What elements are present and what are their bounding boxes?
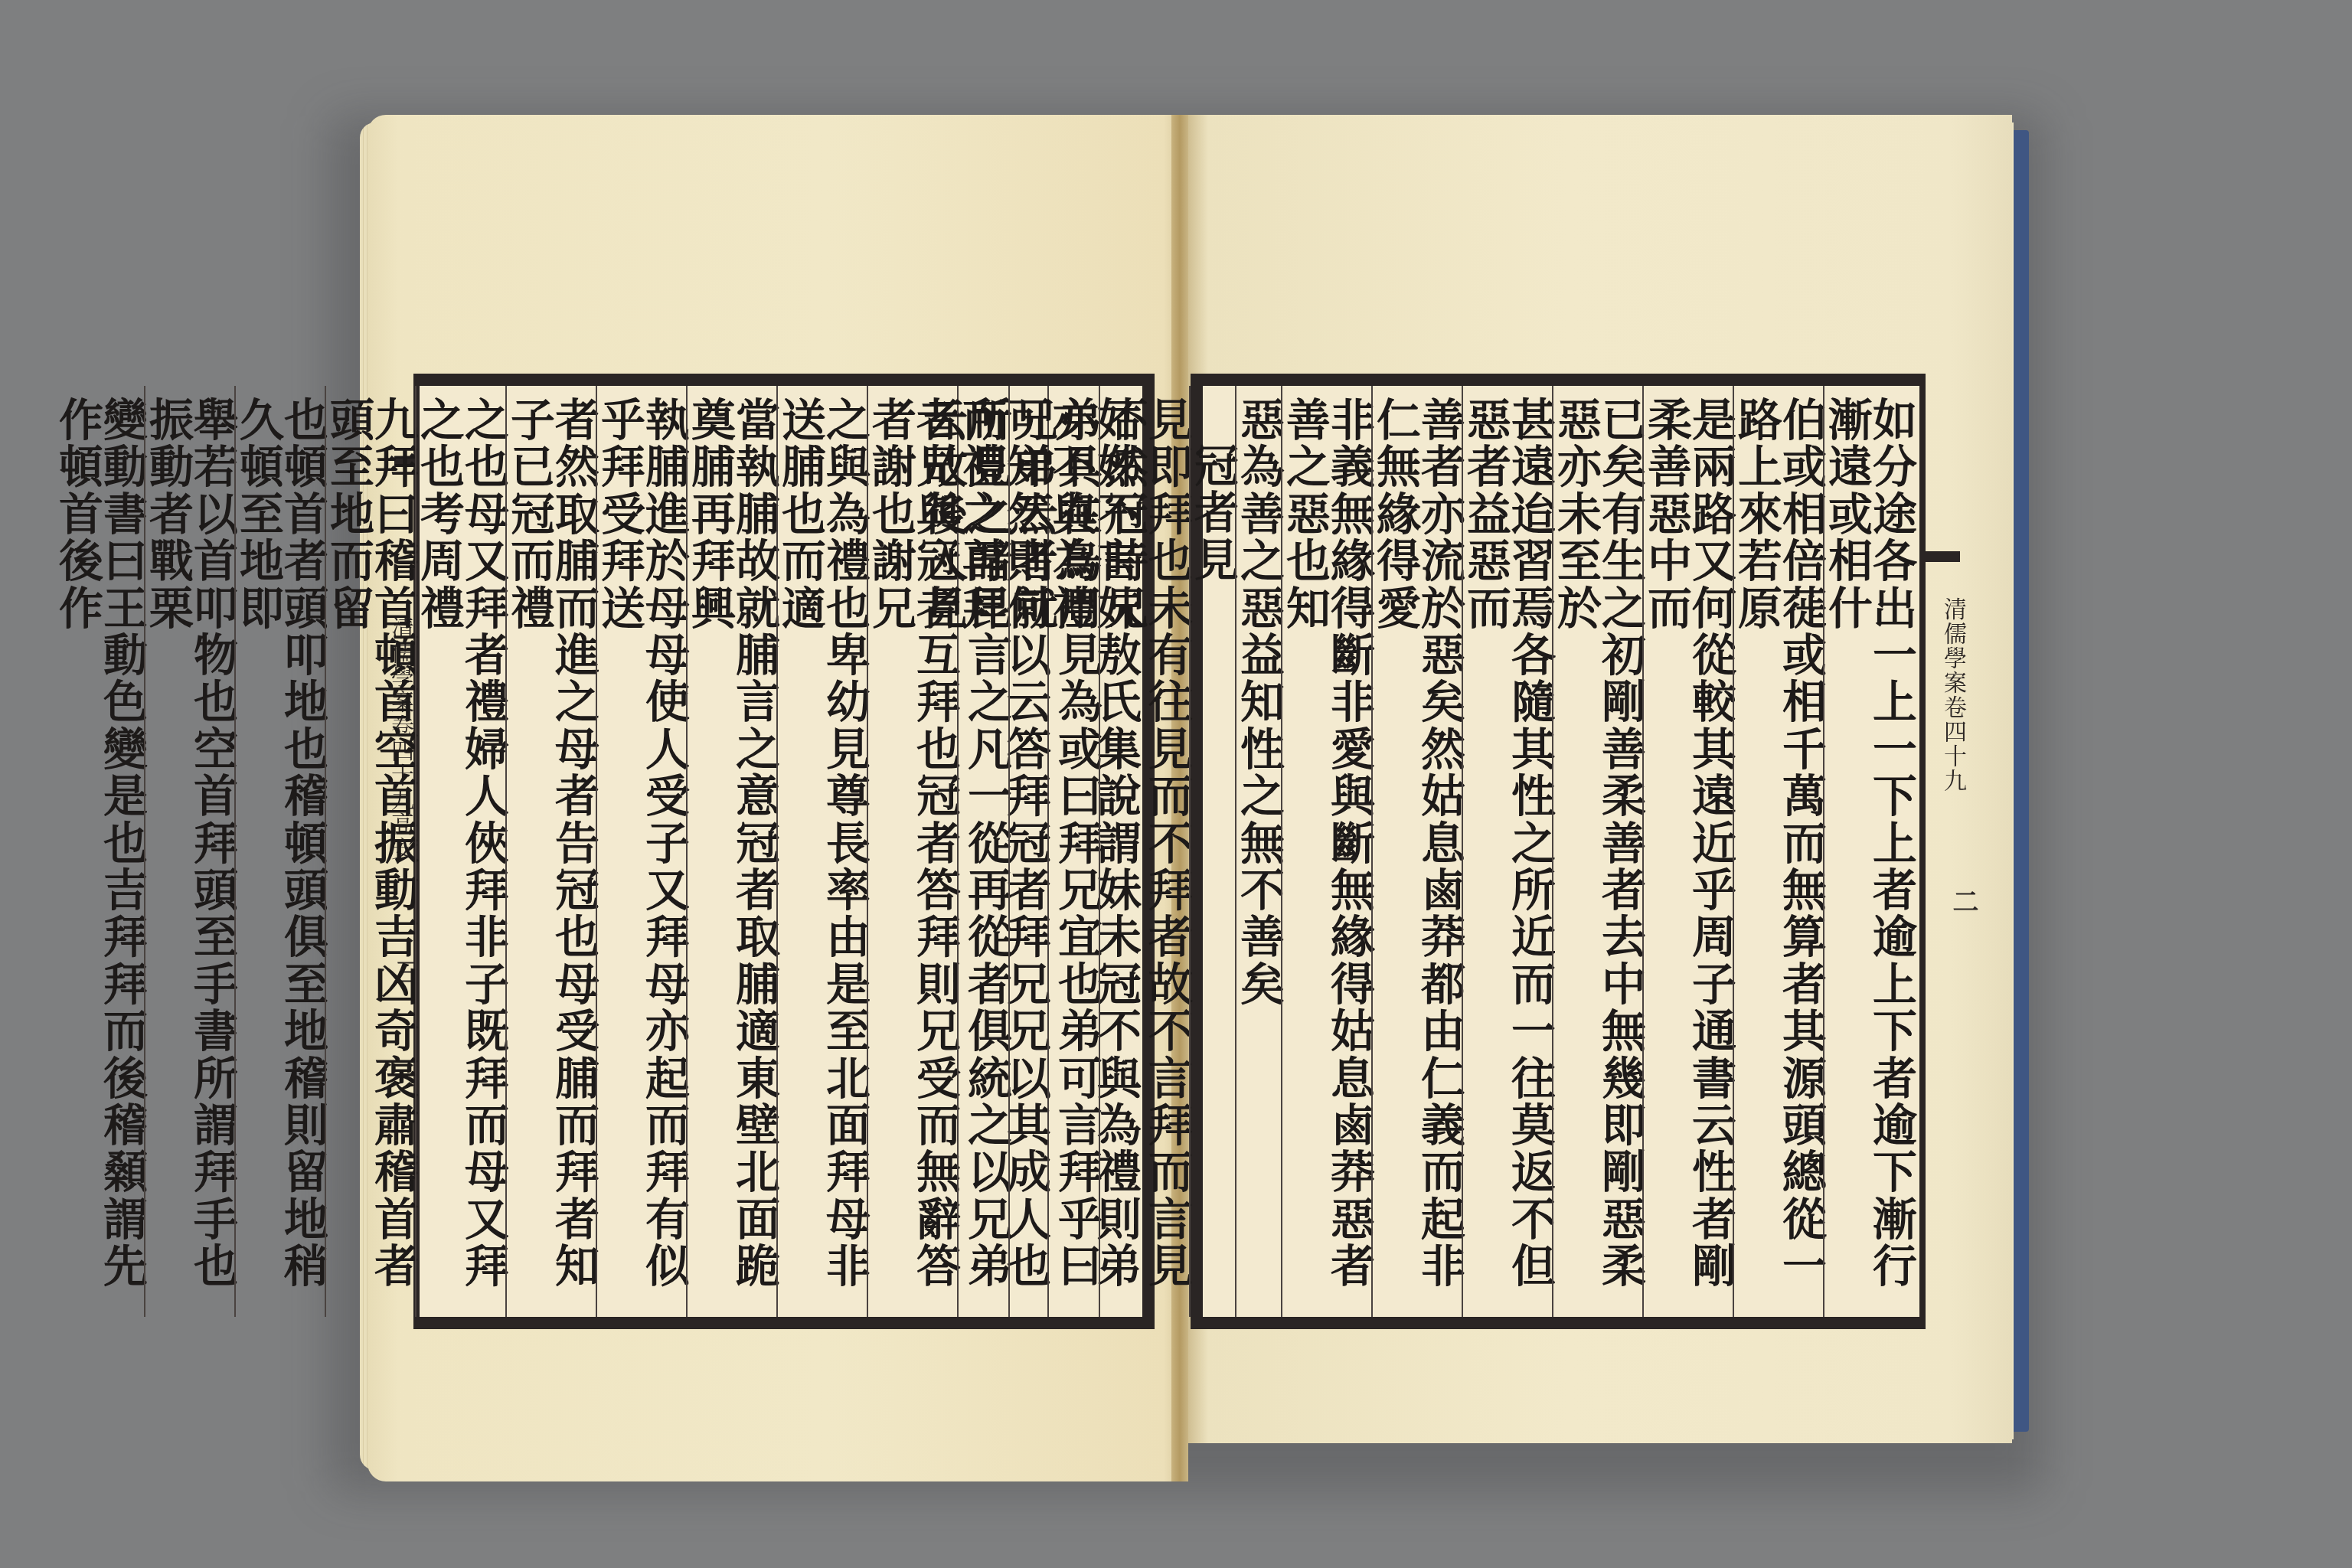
- column-text: 見即拜也未有往見而不拜者故不言拜而言見不然冠時兄: [1100, 397, 1189, 1317]
- column-text: 伯或相倍蓰或相千萬而無算者其源頭總從一路上來若原: [1734, 397, 1823, 1317]
- column-text: 變動書曰王動色變是也吉拜拜而後稽顙謂先作頓首後作: [55, 397, 144, 1317]
- right-folio-number: 二: [1945, 888, 1982, 914]
- text-column: 也頓首者頭叩地也稽頓頭俱至地稽則留地稍久頓至地即: [234, 386, 325, 1317]
- column-text: 之與為禮也卑幼見尊長率由是至北面拜母非送脯也而適: [778, 397, 867, 1317]
- section-heading-column: 冠者見: [1189, 386, 1235, 1317]
- text-column: 所見之諸昆言之凡一從再從者俱統之以兄弟云故後入見: [920, 386, 1008, 1317]
- text-column: 如分途各出一上一下上者逾上下者逾下漸行漸遠或相什: [1823, 386, 1913, 1317]
- text-column: 之與為禮也卑幼見尊長率由是至北面拜母非送脯也而適: [776, 386, 867, 1317]
- column-text: 當執脯故就脯言之意冠者取脯適東壁北面跪奠脯再拜興: [688, 397, 776, 1317]
- column-text: 已矣有生之初剛善柔善者去中無幾即剛惡柔惡亦未至於: [1553, 397, 1642, 1317]
- column-text: 者然取脯而進之母者告冠也母受脯而拜者知子已冠而禮: [507, 397, 596, 1317]
- column-text: 如分途各出一上一下上者逾上下者逾下漸行漸遠或相什: [1824, 397, 1913, 1317]
- column-text: 惡為善之惡益知性之無不善矣: [1236, 397, 1281, 1317]
- text-column: 當執脯故就脯言之意冠者取脯適東壁北面跪奠脯再拜興: [686, 386, 776, 1317]
- column-text: 執脯進於母母使人受子又拜母亦起而拜有似乎拜受拜送: [597, 397, 686, 1317]
- text-column: 之也母又拜者禮婦人俠拜非子既拜而母又拜之也考周禮: [415, 386, 505, 1317]
- text-column: 九拜曰稽首頓首空首振動吉凶奇褒肅稽首者頭至地而留: [325, 386, 415, 1317]
- text-column: 惡為善之惡益知性之無不善矣: [1235, 386, 1281, 1317]
- column-text: 甚遠迨習焉各隨其性之所近而一往莫返不但惡者益惡而: [1463, 397, 1552, 1317]
- text-column: 善者亦流於惡矣然姑息鹵莽都由仁義而起非仁無緣得愛: [1371, 386, 1462, 1317]
- text-column: 變動書曰王動色變是也吉拜拜而後稽顙謂先作頓首後作: [55, 386, 144, 1317]
- column-text: 善者亦流於惡矣然姑息鹵莽都由仁義而起非仁無緣得愛: [1373, 397, 1462, 1317]
- column-text: 九拜曰稽首頓首空首振動吉凶奇褒肅稽首者頭至地而留: [326, 397, 415, 1317]
- column-text: 是兩路又何從較其遠近乎周子通書云性者剛柔善惡中而: [1644, 397, 1733, 1317]
- text-column: 見即拜也未有往見而不拜者故不言拜而言見不然冠時兄: [1099, 386, 1189, 1317]
- text-column: 甚遠迨習焉各隨其性之所近而一往莫返不但惡者益惡而: [1462, 386, 1552, 1317]
- right-columns: 如分途各出一上一下上者逾上下者逾下漸行漸遠或相什 伯或相倍蓰或相千萬而無算者其源…: [1210, 386, 1913, 1317]
- text-column: 舉若以首叩物也空首拜頭至手書所謂拜手也振動者戰栗: [144, 386, 234, 1317]
- right-margin-title: 清儒學案卷四十九: [1935, 597, 1969, 793]
- text-column: 是兩路又何從較其遠近乎周子通書云性者剛柔善惡中而: [1642, 386, 1733, 1317]
- column-text: 之也母又拜者禮婦人俠拜非子既拜而母又拜之也考周禮: [416, 397, 505, 1317]
- text-column: 弟具在烏用見為或曰拜兄宜也弟可言拜乎曰兄弟云者就: [1008, 386, 1099, 1317]
- right-text-frame: 如分途各出一上一下上者逾上下者逾下漸行漸遠或相什 伯或相倍蓰或相千萬而無算者其源…: [1191, 374, 1926, 1329]
- section-heading: 冠者見: [1191, 397, 1235, 1317]
- column-text: 也頓首者頭叩地也稽頓頭俱至地稽則留地稍久頓至地即: [236, 397, 325, 1317]
- text-column: 非義無緣得斷非愛與斷無緣得姑息鹵莽惡者善之惡也知: [1281, 386, 1371, 1317]
- column-text: 舉若以首叩物也空首拜頭至手書所謂拜手也振動者戰栗: [145, 397, 234, 1317]
- text-column: 伯或相倍蓰或相千萬而無算者其源頭總從一路上來若原: [1733, 386, 1823, 1317]
- column-text: 弟具在烏用見為或曰拜兄宜也弟可言拜乎曰兄弟云者就: [1010, 397, 1099, 1317]
- text-column: 已矣有生之初剛善柔善者去中無幾即剛惡柔惡亦未至於: [1552, 386, 1642, 1317]
- column-text: 非義無緣得斷非愛與斷無緣得姑息鹵莽惡者善之惡也知: [1282, 397, 1371, 1317]
- column-text: 所見之諸昆言之凡一從再從者俱統之以兄弟云故後入見: [920, 397, 1008, 1317]
- text-column: 執脯進於母母使人受子又拜母亦起而拜有似乎拜受拜送: [596, 386, 686, 1317]
- text-column: 者然取脯而進之母者告冠也母受脯而拜者知子已冠而禮: [505, 386, 596, 1317]
